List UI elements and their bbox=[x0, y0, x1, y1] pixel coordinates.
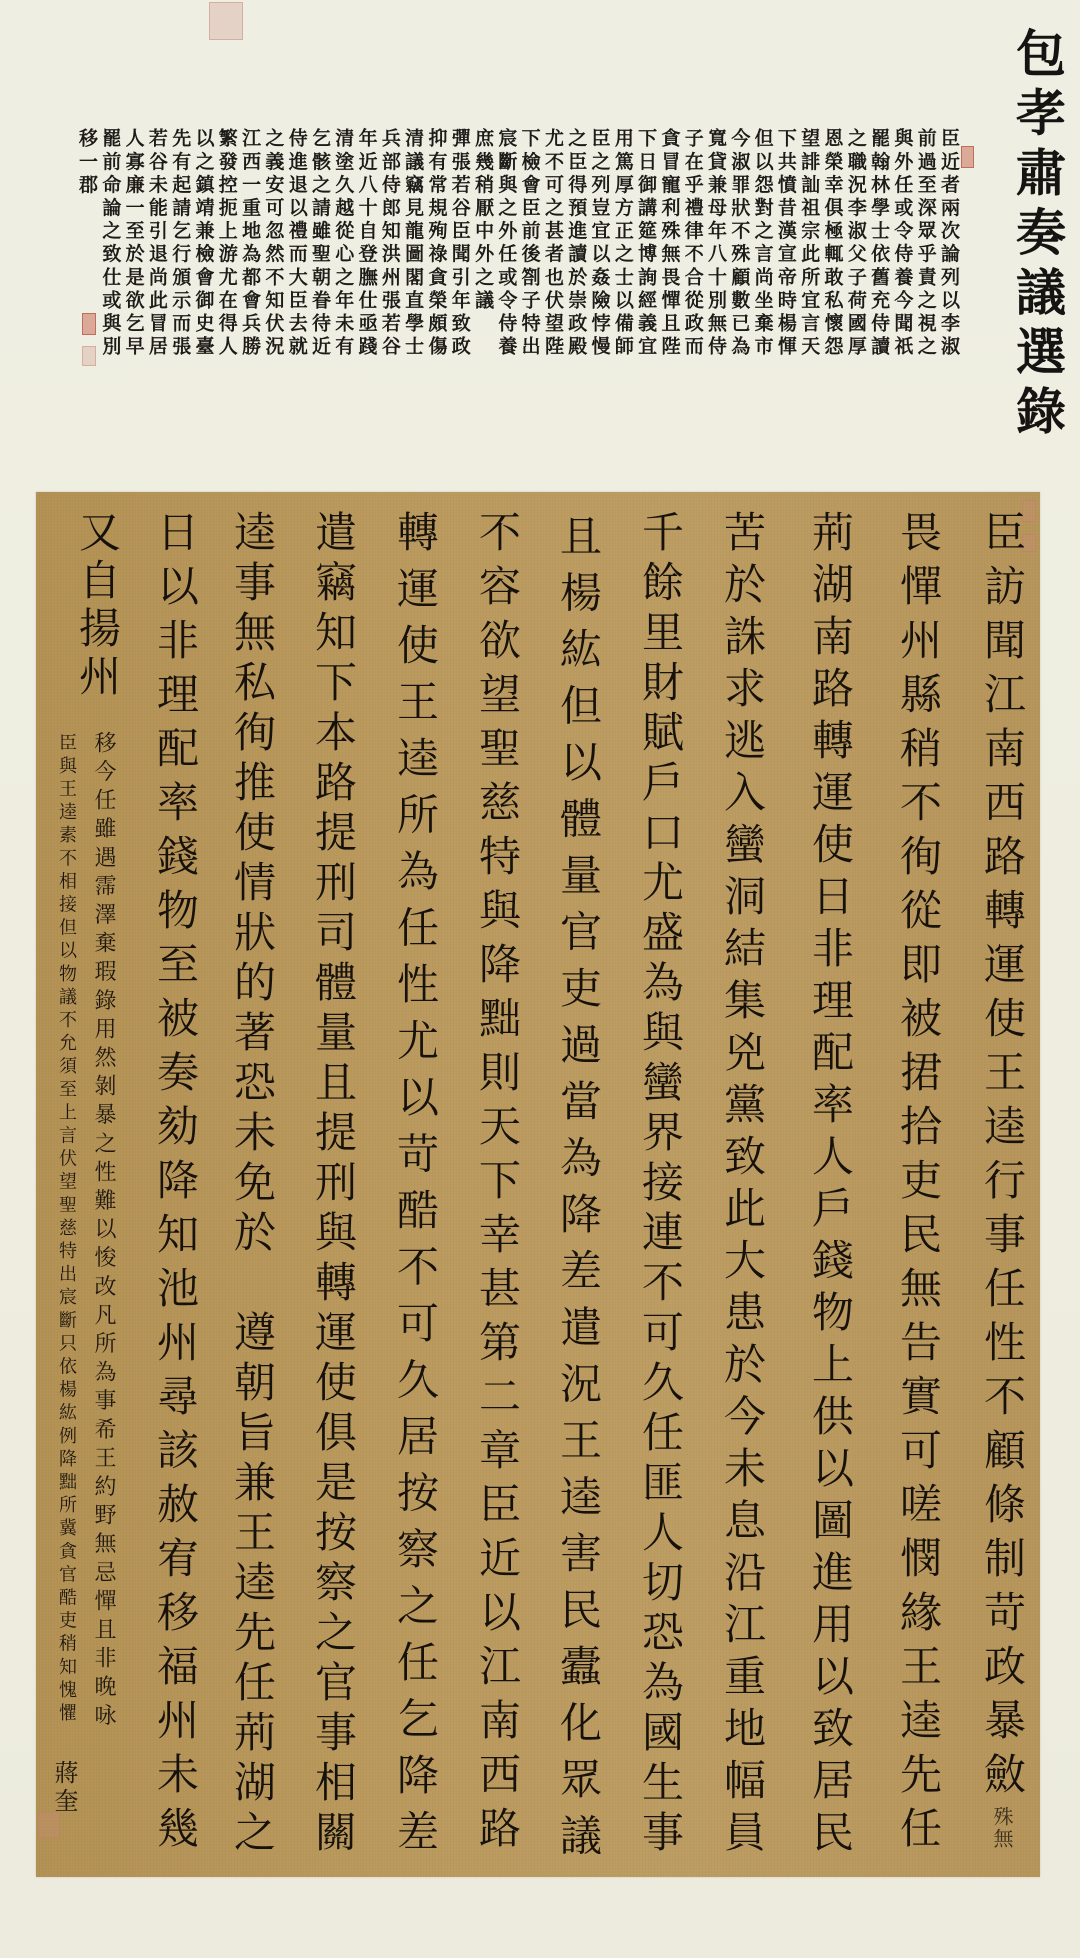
clerical-column: 之臣得預進讀於崇政殿 bbox=[564, 128, 587, 368]
cursive-column: 荊湖南路轉運使日非理配率人戶錢物上供以圖進用以致居民 bbox=[800, 510, 860, 1862]
clerical-column: 清塗久越從心之年未有 bbox=[331, 128, 354, 368]
clerical-column: 移一郡 bbox=[75, 128, 98, 368]
cursive-column-text: 臣訪聞江南西路轉運使王逵行事任性不顧條制苛政暴斂 bbox=[978, 510, 1027, 1806]
clerical-column: 恩榮幸俱極輒敢私懷怨 bbox=[820, 128, 843, 368]
clerical-column: 抑有常規殉祿貪榮頗傷 bbox=[424, 128, 447, 368]
calligraphy-scroll: 包孝肅奏議選錄 臣近者兩次論列以李淑 前過至深眾乎責之視之 與外任或令侍養今聞祇… bbox=[0, 0, 1080, 1958]
clerical-column: 用篤厚方正之士以備師 bbox=[611, 128, 634, 368]
clerical-column: 清議竊見龍圖閣直學士 bbox=[401, 128, 424, 368]
silk-panel: 臣訪聞江南西路轉運使王逵行事任性不顧條制苛政暴斂殊無 畏憚州縣稍不徇從即被捃拾吏… bbox=[36, 492, 1040, 1877]
cursive-column: 且楊紘但以體量官吏過當為降差遣況王逵害民蠹化眾議 bbox=[548, 514, 608, 1870]
clerical-column: 貪冒寵利殊無畏憚且陛 bbox=[657, 128, 680, 368]
cursive-column: 又自揚州 bbox=[67, 510, 127, 702]
seal-stamp-top bbox=[209, 2, 243, 40]
cursive-column: 轉運使王逵所為任性尤以苛酷不可久居按察之任乞降差 bbox=[385, 510, 445, 1866]
clerical-column: 下共憤昔漢宣帝時楊惲 bbox=[774, 128, 797, 368]
cursive-column: 臣訪聞江南西路轉運使王逵行事任性不顧條制苛政暴斂殊無 bbox=[972, 510, 1032, 1850]
inscription-column: 移今任雖遇霈澤棄瑕錄用然剝暴之性難以悛改凡所為事希王約野無忌憚且非晚咏 bbox=[90, 731, 116, 1732]
cursive-column: 逵事無私徇推使情狀的著恐未免於 遵朝旨兼王逵先任荊湖之 bbox=[222, 510, 282, 1860]
seal-stamp-upper-right bbox=[961, 146, 974, 168]
clerical-column: 罷前命論之致仕或與別 bbox=[98, 128, 121, 368]
clerical-column: 若谷未能引退尚此冒居 bbox=[145, 128, 168, 368]
seal-stamp-artist bbox=[38, 1812, 60, 1838]
clerical-column: 前過至深眾乎責之視之 bbox=[913, 128, 936, 368]
clerical-column: 年近八十自登膴仕亟踐 bbox=[354, 128, 377, 368]
clerical-column: 臣之列豈宜以姦險悖慢 bbox=[587, 128, 610, 368]
clerical-column: 以之鎮靖兼檢會御史臺 bbox=[191, 128, 214, 368]
cursive-column-note: 殊無 bbox=[990, 1806, 1014, 1850]
clerical-column: 乞骸之請雖聖朝眷待近 bbox=[308, 128, 331, 368]
cursive-column: 千餘里財賦戶口尤盛為與蠻界接連不可久任匪人切恐為國生事 bbox=[630, 510, 690, 1860]
clerical-column: 寬貸兼母年八十別無侍 bbox=[704, 128, 727, 368]
cursive-column: 苦於誅求逃入蠻洞結集兇黨致此大患於今未息沿江重地幅員 bbox=[712, 510, 772, 1862]
clerical-column: 江西一重地為都會兵勝 bbox=[238, 128, 261, 368]
clerical-text-block: 臣近者兩次論列以李淑 前過至深眾乎責之視之 與外任或令侍養今聞祇 罷翰林學士依舊… bbox=[74, 128, 960, 368]
clerical-column: 與外任或令侍養今聞祇 bbox=[890, 128, 913, 368]
clerical-column: 兵部侍郎知洪州張若谷 bbox=[378, 128, 401, 368]
cursive-column: 遣竊知下本路提刑司體量且提刑與轉運使俱是按察之官事相關 bbox=[303, 510, 363, 1860]
clerical-column: 望誹訕祖宗此所宜言天 bbox=[797, 128, 820, 368]
cursive-column: 不容欲望聖慈特與降黜則天下幸甚第二章臣近以江南西路 bbox=[467, 510, 527, 1860]
clerical-column: 今淑罪狀不殊顧數已為 bbox=[727, 128, 750, 368]
clerical-column: 尤不可之甚者也伏望陛 bbox=[541, 128, 564, 368]
clerical-column: 之義安可忽然不知伏況 bbox=[261, 128, 284, 368]
clerical-column: 罷翰林學士依舊充侍讀 bbox=[867, 128, 890, 368]
clerical-column: 繁發控扼上游尤在得人 bbox=[215, 128, 238, 368]
clerical-column: 子在乎禮律不合從政而 bbox=[680, 128, 703, 368]
clerical-column: 下檢會臣前後劄子特出 bbox=[517, 128, 540, 368]
clerical-column: 庶幾稍厭中外之議 bbox=[471, 128, 494, 368]
scroll-title: 包孝肅奏議選錄 bbox=[1009, 27, 1065, 445]
artist-signature: 蔣奎 bbox=[50, 1760, 78, 1816]
cursive-column: 日以非理配率錢物至被奏劾降知池州尋該赦宥移福州未幾 bbox=[145, 510, 205, 1860]
clerical-column: 先有起請乞行頒示而張 bbox=[168, 128, 191, 368]
clerical-column: 彈張若谷臣聞引年致政 bbox=[447, 128, 470, 368]
clerical-column: 宸斷與之外任或令侍養 bbox=[494, 128, 517, 368]
clerical-column: 但以怨對之言尚坐棄市 bbox=[750, 128, 773, 368]
cursive-column: 畏憚州縣稍不徇從即被捃拾吏民無告實可嗟憫緣王逵先任 bbox=[888, 510, 948, 1860]
clerical-column: 臣近者兩次論列以李淑 bbox=[937, 128, 960, 368]
inscription-column: 臣與王逵素不相接但以物議不允須至上言伏望聖慈特出宸斷只依楊紘例降黜所冀貪官酷吏稍… bbox=[55, 733, 77, 1726]
clerical-column: 之職況李淑父子荷國厚 bbox=[844, 128, 867, 368]
clerical-column: 侍進退以禮而大臣去就 bbox=[284, 128, 307, 368]
clerical-column: 下日御講筵博詢經義宜 bbox=[634, 128, 657, 368]
clerical-column: 人寡廉一至於是欲乞早 bbox=[121, 128, 144, 368]
